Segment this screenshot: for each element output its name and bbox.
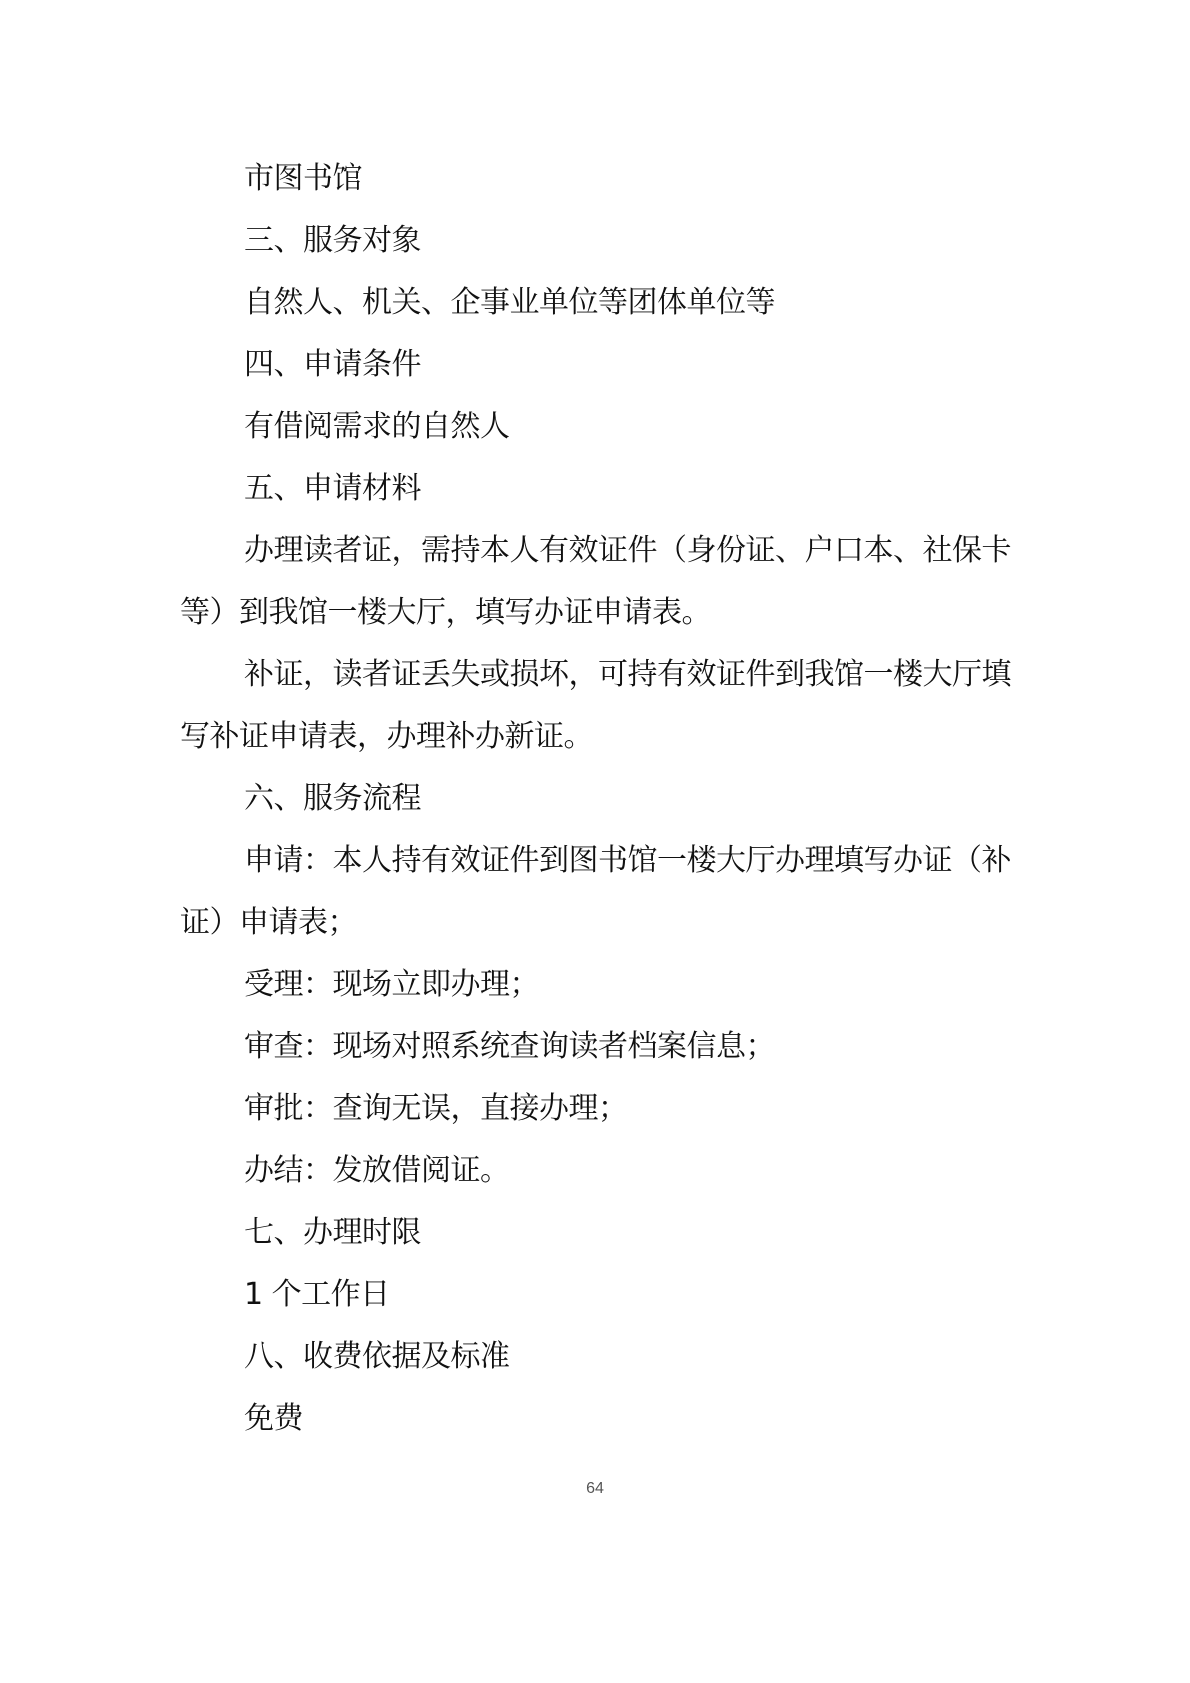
section-heading-process: 六、服务流程 (180, 768, 1020, 830)
paragraph-process-review: 审查：现场对照系统查询读者档案信息； (180, 1016, 1020, 1078)
section-heading-conditions: 四、申请条件 (180, 334, 1020, 396)
section-heading-materials: 五、申请材料 (180, 458, 1020, 520)
document-page: 市图书馆 三、服务对象 自然人、机关、企事业单位等团体单位等 四、申请条件 有借… (0, 0, 1190, 1683)
section-heading-fees: 八、收费依据及标准 (180, 1326, 1020, 1388)
paragraph-service-target: 自然人、机关、企事业单位等团体单位等 (180, 272, 1020, 334)
paragraph-provider: 市图书馆 (180, 148, 1020, 210)
paragraph-time-limit: 1 个工作日 (180, 1264, 1020, 1326)
document-body: 市图书馆 三、服务对象 自然人、机关、企事业单位等团体单位等 四、申请条件 有借… (180, 148, 1020, 1450)
paragraph-process-complete: 办结：发放借阅证。 (180, 1140, 1020, 1202)
paragraph-process-apply: 申请：本人持有效证件到图书馆一楼大厅办理填写办证（补证）申请表； (180, 830, 1020, 954)
page-number: 64 (0, 1480, 1190, 1498)
paragraph-materials-replacement: 补证，读者证丢失或损坏，可持有效证件到我馆一楼大厅填写补证申请表，办理补办新证。 (180, 644, 1020, 768)
paragraph-process-approve: 审批：查询无误，直接办理； (180, 1078, 1020, 1140)
paragraph-fees: 免费 (180, 1388, 1020, 1450)
paragraph-process-accept: 受理：现场立即办理； (180, 954, 1020, 1016)
section-heading-service-target: 三、服务对象 (180, 210, 1020, 272)
section-heading-time-limit: 七、办理时限 (180, 1202, 1020, 1264)
paragraph-materials-new-card: 办理读者证，需持本人有效证件（身份证、户口本、社保卡等）到我馆一楼大厅，填写办证… (180, 520, 1020, 644)
paragraph-conditions: 有借阅需求的自然人 (180, 396, 1020, 458)
